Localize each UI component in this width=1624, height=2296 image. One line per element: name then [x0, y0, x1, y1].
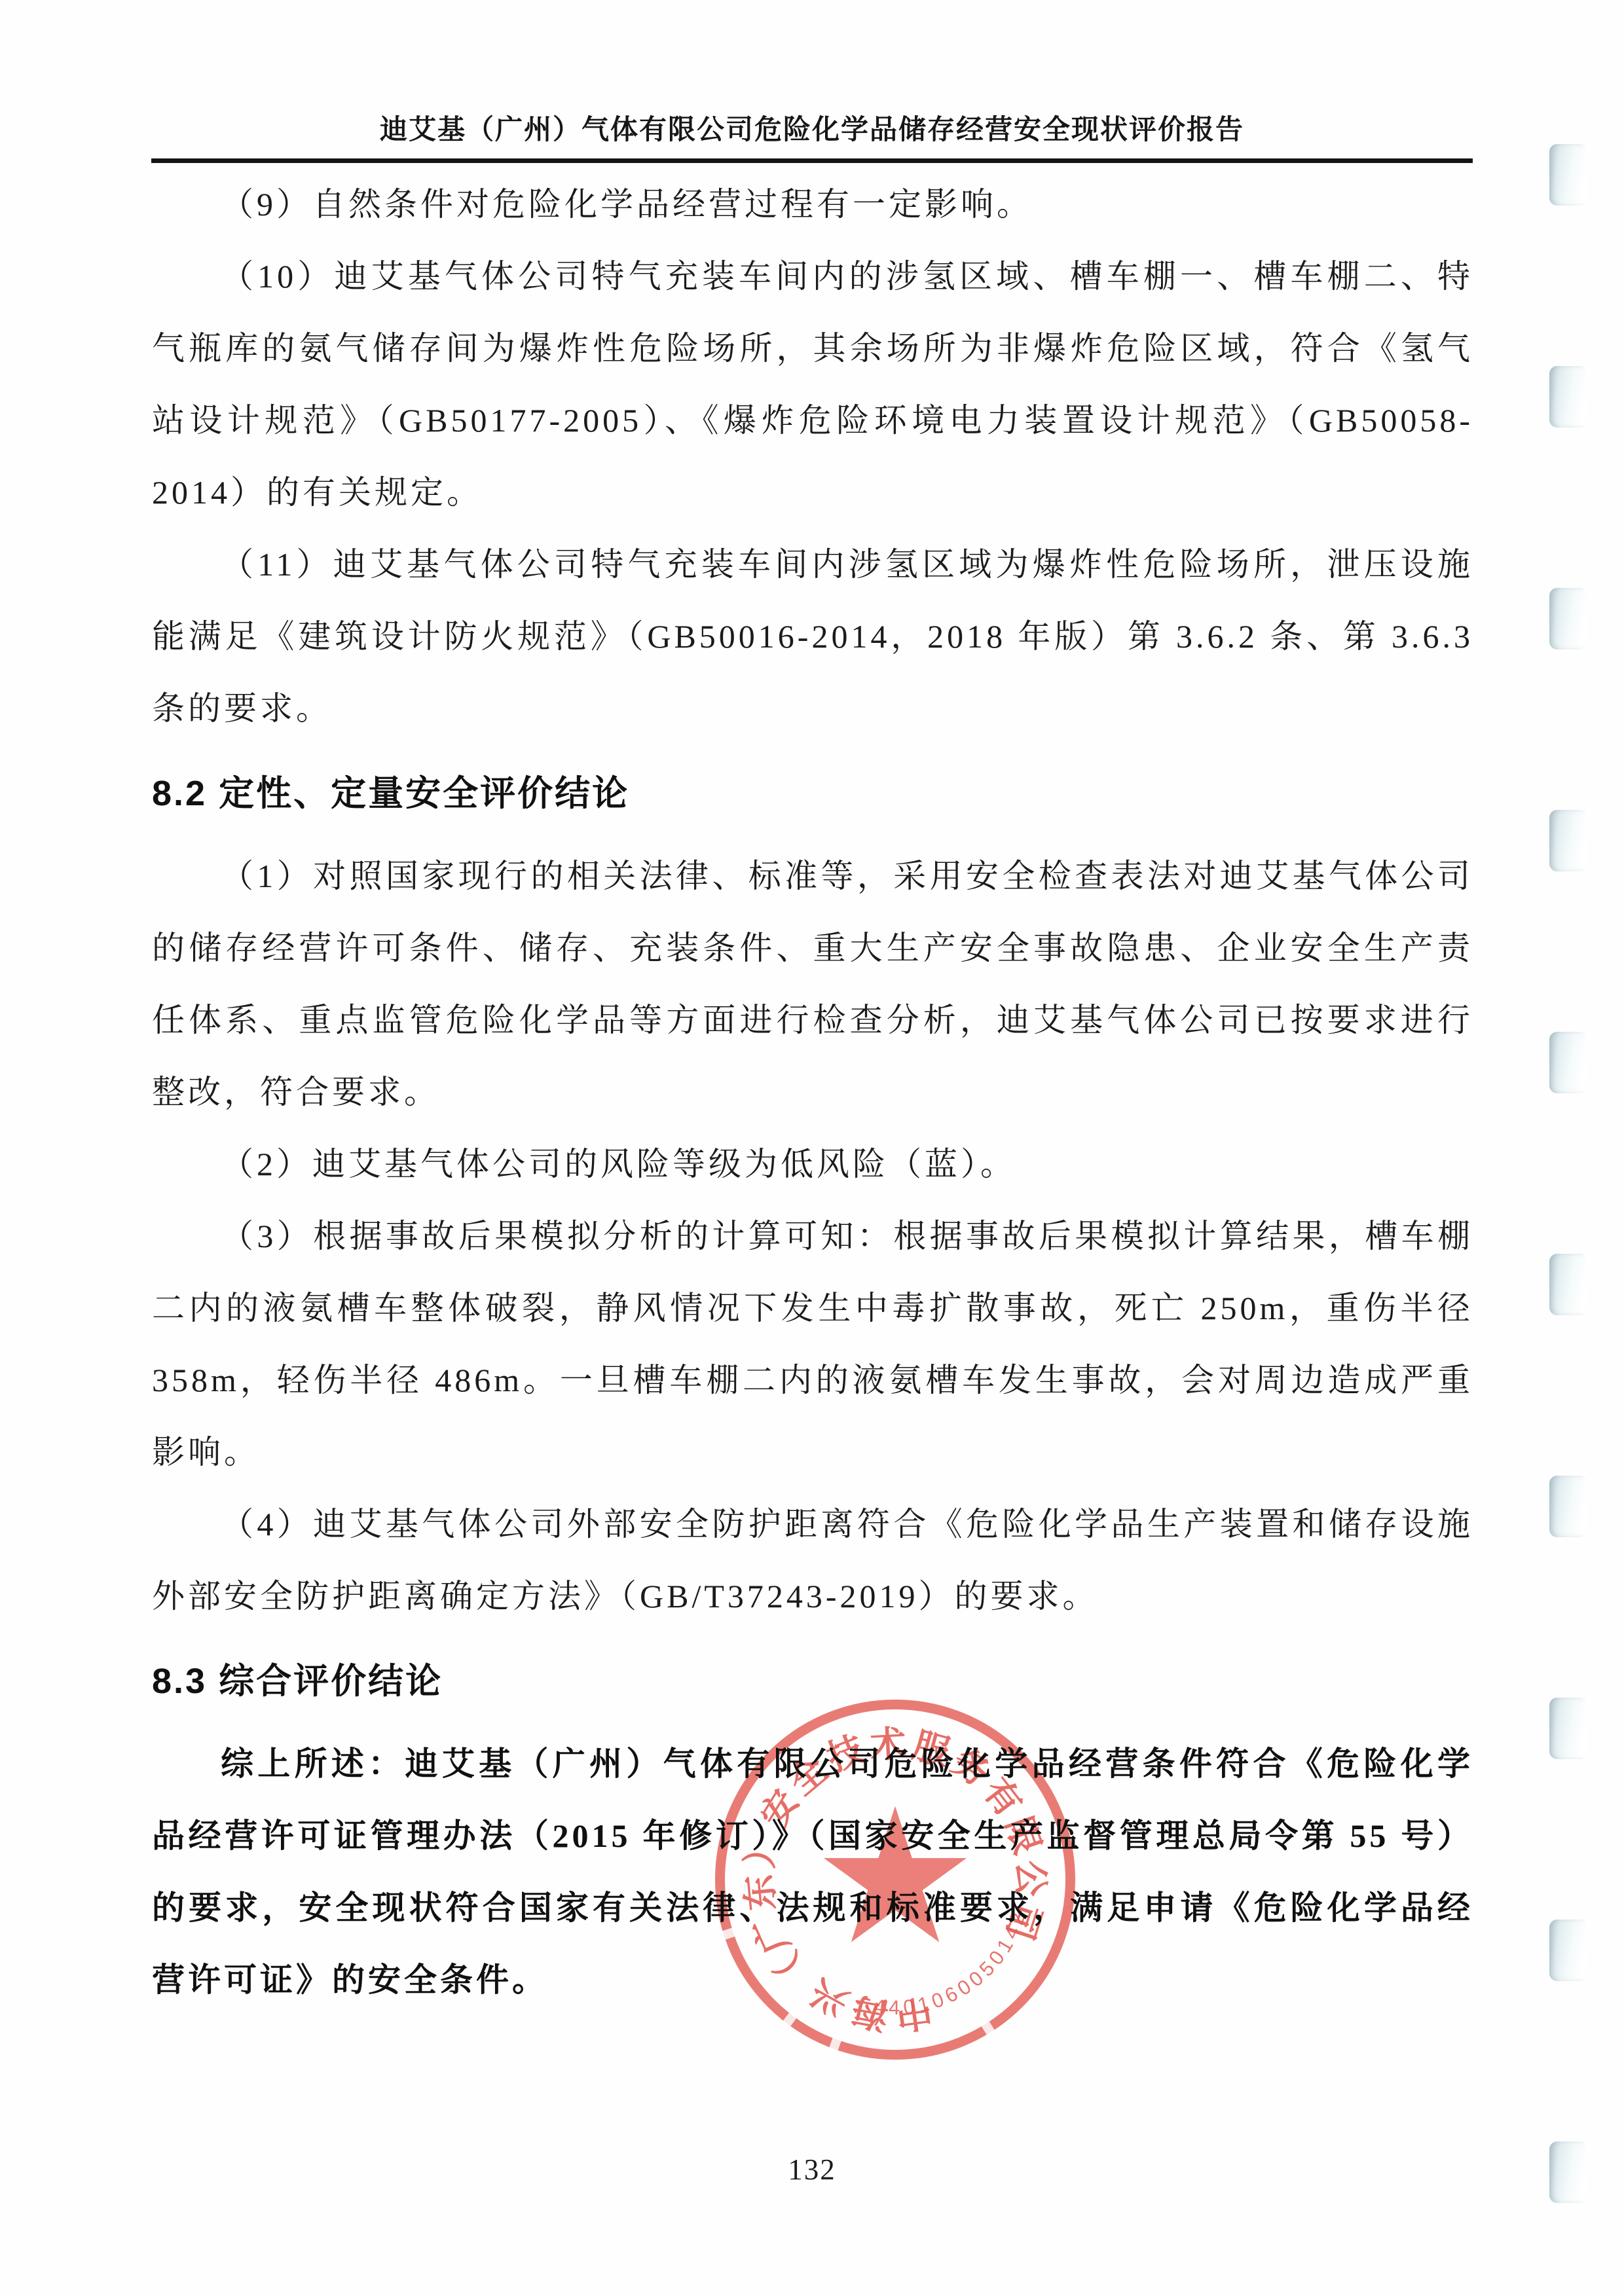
running-title: 迪艾基（广州）气体有限公司危险化学品储存经营安全现状评价报告 [0, 113, 1624, 148]
binding-hole-artifact [1549, 1476, 1587, 1537]
section-heading-8-2: 8.2 定性、定量安全评价结论 [152, 755, 1473, 832]
binding-hole-artifact [1549, 1032, 1587, 1093]
page-body: （9）自然条件对危险化学品经营过程有一定影响。 （10）迪艾基气体公司特气充装车… [152, 168, 1473, 2016]
header-rule [151, 158, 1473, 163]
paragraph-8-2-1: （1）对照国家现行的相关法律、标准等，采用安全检查表法对迪艾基气体公司的储存经营… [152, 840, 1473, 1128]
paragraph-item-9: （9）自然条件对危险化学品经营过程有一定影响。 [152, 168, 1473, 240]
binding-hole-artifact [1549, 588, 1587, 649]
paragraph-item-11: （11）迪艾基气体公司特气充装车间内涉氢区域为爆炸性危险场所，泄压设施能满足《建… [152, 528, 1473, 744]
paragraph-8-2-2: （2）迪艾基气体公司的风险等级为低风险（蓝）。 [152, 1128, 1473, 1200]
conclusion-paragraph: 综上所述：迪艾基（广州）气体有限公司危险化学品经营条件符合《危险化学品经营许可证… [152, 1728, 1473, 2016]
paragraph-item-10: （10）迪艾基气体公司特气充装车间内的涉氢区域、槽车棚一、槽车棚二、特气瓶库的氨… [152, 240, 1473, 528]
page-number: 132 [788, 2153, 836, 2186]
page-footer: 132 [0, 2153, 1624, 2187]
binding-hole-artifact [1549, 810, 1587, 871]
binding-hole-artifact [1549, 1698, 1587, 1759]
page-header: 迪艾基（广州）气体有限公司危险化学品储存经营安全现状评价报告 [0, 0, 1624, 163]
paragraph-8-2-4: （4）迪艾基气体公司外部安全防护距离符合《危险化学品生产装置和储存设施外部安全防… [152, 1488, 1473, 1632]
binding-hole-artifact [1549, 1254, 1587, 1315]
document-page: 迪艾基（广州）气体有限公司危险化学品储存经营安全现状评价报告 （9）自然条件对危… [0, 0, 1624, 2296]
paragraph-8-2-3: （3）根据事故后果模拟分析的计算可知：根据事故后果模拟计算结果，槽车棚二内的液氨… [152, 1200, 1473, 1488]
binding-hole-artifact [1549, 1920, 1587, 1981]
binding-hole-artifact [1549, 366, 1587, 428]
section-heading-8-3: 8.3 综合评价结论 [152, 1643, 1473, 1720]
